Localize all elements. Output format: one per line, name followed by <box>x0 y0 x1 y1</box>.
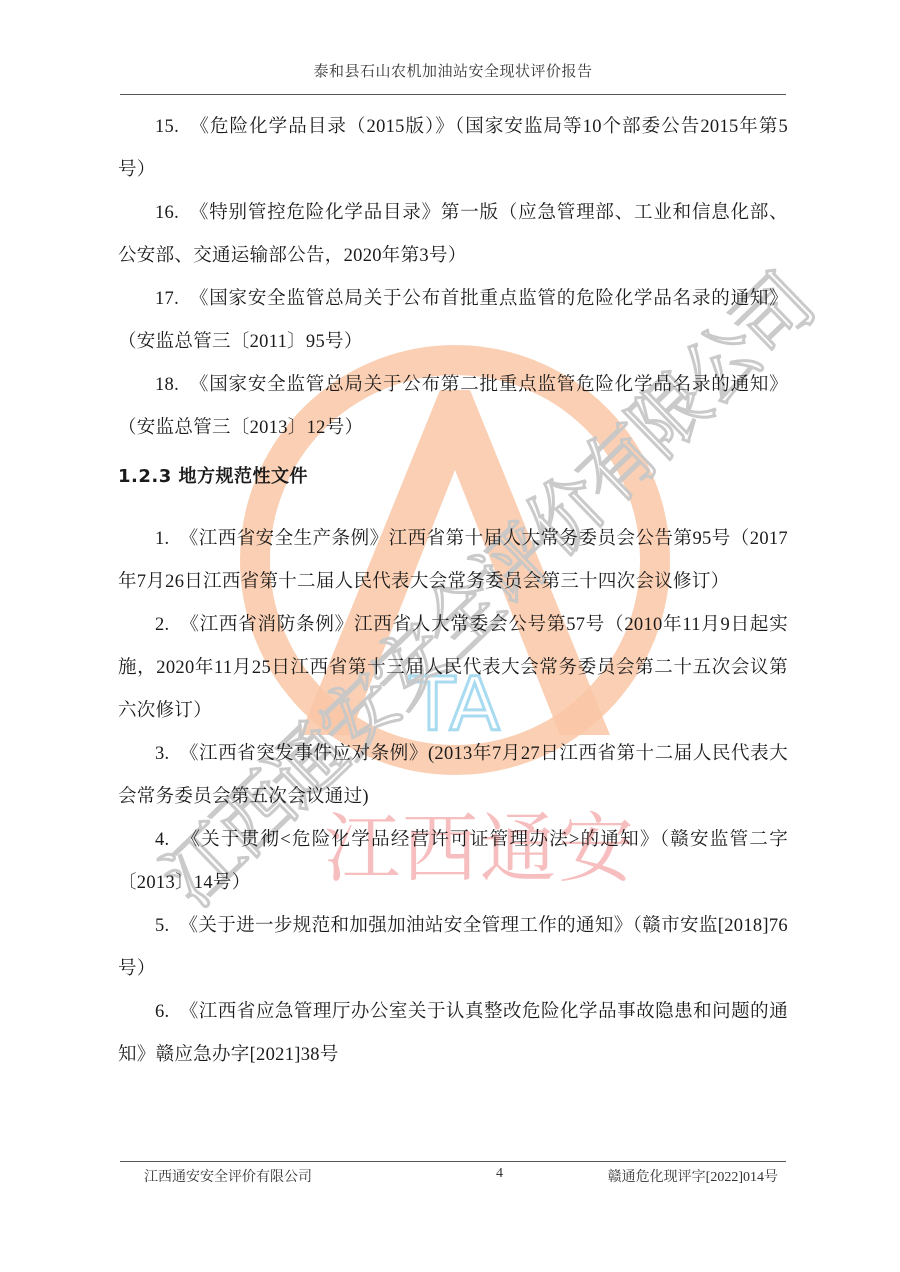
page-header-title: 泰和县石山农机加油站安全现状评价报告 <box>120 60 786 81</box>
list-item: 5. 《关于进一步规范和加强加油站安全管理工作的通知》（赣市安监[2018]76… <box>118 905 788 991</box>
report-number: 赣通危化现评字[2022]014号 <box>608 1166 778 1186</box>
list-item: 16. 《特别管控危险化学品目录》第一版（应急管理部、工业和信息化部、公安部、交… <box>118 192 788 278</box>
item-text: 《国家安全监管总局关于公布首批重点监管的危险化学品名录的通知》（安监总管三〔20… <box>118 289 788 352</box>
section-heading: 1.2.3 地方规范性文件 <box>118 455 788 498</box>
item-text: 《江西省突发事件应对条例》(2013年7月27日江西省第十二届人民代表大会常务委… <box>118 744 788 807</box>
item-text: 《江西省消防条例》江西省人大常委会公号第57号（2010年11月9日起实施，20… <box>118 615 788 721</box>
page-number: 4 <box>496 1166 503 1182</box>
item-text: 《江西省安全生产条例》江西省第十届人大常务委员会公告第95号（2017年7月26… <box>118 529 788 592</box>
list-item: 2. 《江西省消防条例》江西省人大常委会公号第57号（2010年11月9日起实施… <box>118 604 788 733</box>
item-text: 《江西省应急管理厅办公室关于认真整改危险化学品事故隐患和问题的通知》赣应急办字[… <box>118 1002 788 1065</box>
list-item: 6. 《江西省应急管理厅办公室关于认真整改危险化学品事故隐患和问题的通知》赣应急… <box>118 991 788 1077</box>
item-number: 18. <box>155 375 179 395</box>
page-footer: 江西通安安全评价有限公司 4 赣通危化现评字[2022]014号 <box>120 1166 786 1188</box>
item-number: 1. <box>155 529 169 549</box>
footer-divider <box>120 1161 786 1162</box>
item-number: 17. <box>155 289 179 309</box>
list-item: 3. 《江西省突发事件应对条例》(2013年7月27日江西省第十二届人民代表大会… <box>118 733 788 819</box>
list-item: 17. 《国家安全监管总局关于公布首批重点监管的危险化学品名录的通知》（安监总管… <box>118 278 788 364</box>
footer-company: 江西通安安全评价有限公司 <box>144 1166 312 1186</box>
item-number: 6. <box>155 1002 169 1022</box>
item-number: 4. <box>155 830 169 850</box>
item-number: 2. <box>155 615 169 635</box>
item-text: 《关于贯彻<危险化学品经营许可证管理办法>的通知》（赣安监管二字〔2013〕14… <box>118 830 788 893</box>
list-item: 1. 《江西省安全生产条例》江西省第十届人大常务委员会公告第95号（2017年7… <box>118 518 788 604</box>
document-body: 15. 《危险化学品目录（2015版）》（国家安监局等10个部委公告2015年第… <box>118 106 788 1077</box>
item-text: 《特别管控危险化学品目录》第一版（应急管理部、工业和信息化部、公安部、交通运输部… <box>118 203 788 266</box>
item-number: 5. <box>155 916 169 936</box>
list-item: 15. 《危险化学品目录（2015版）》（国家安监局等10个部委公告2015年第… <box>118 106 788 192</box>
item-number: 3. <box>155 744 169 764</box>
list-item: 18. 《国家安全监管总局关于公布第二批重点监管危险化学品名录的通知》（安监总管… <box>118 364 788 450</box>
list-item: 4. 《关于贯彻<危险化学品经营许可证管理办法>的通知》（赣安监管二字〔2013… <box>118 819 788 905</box>
item-text: 《国家安全监管总局关于公布第二批重点监管危险化学品名录的通知》（安监总管三〔20… <box>118 375 788 438</box>
item-text: 《危险化学品目录（2015版）》（国家安监局等10个部委公告2015年第5号） <box>118 117 788 180</box>
item-text: 《关于进一步规范和加强加油站安全管理工作的通知》（赣市安监[2018]76号） <box>118 916 788 979</box>
header-divider <box>120 94 786 95</box>
item-number: 15. <box>155 117 179 137</box>
item-number: 16. <box>155 203 179 223</box>
